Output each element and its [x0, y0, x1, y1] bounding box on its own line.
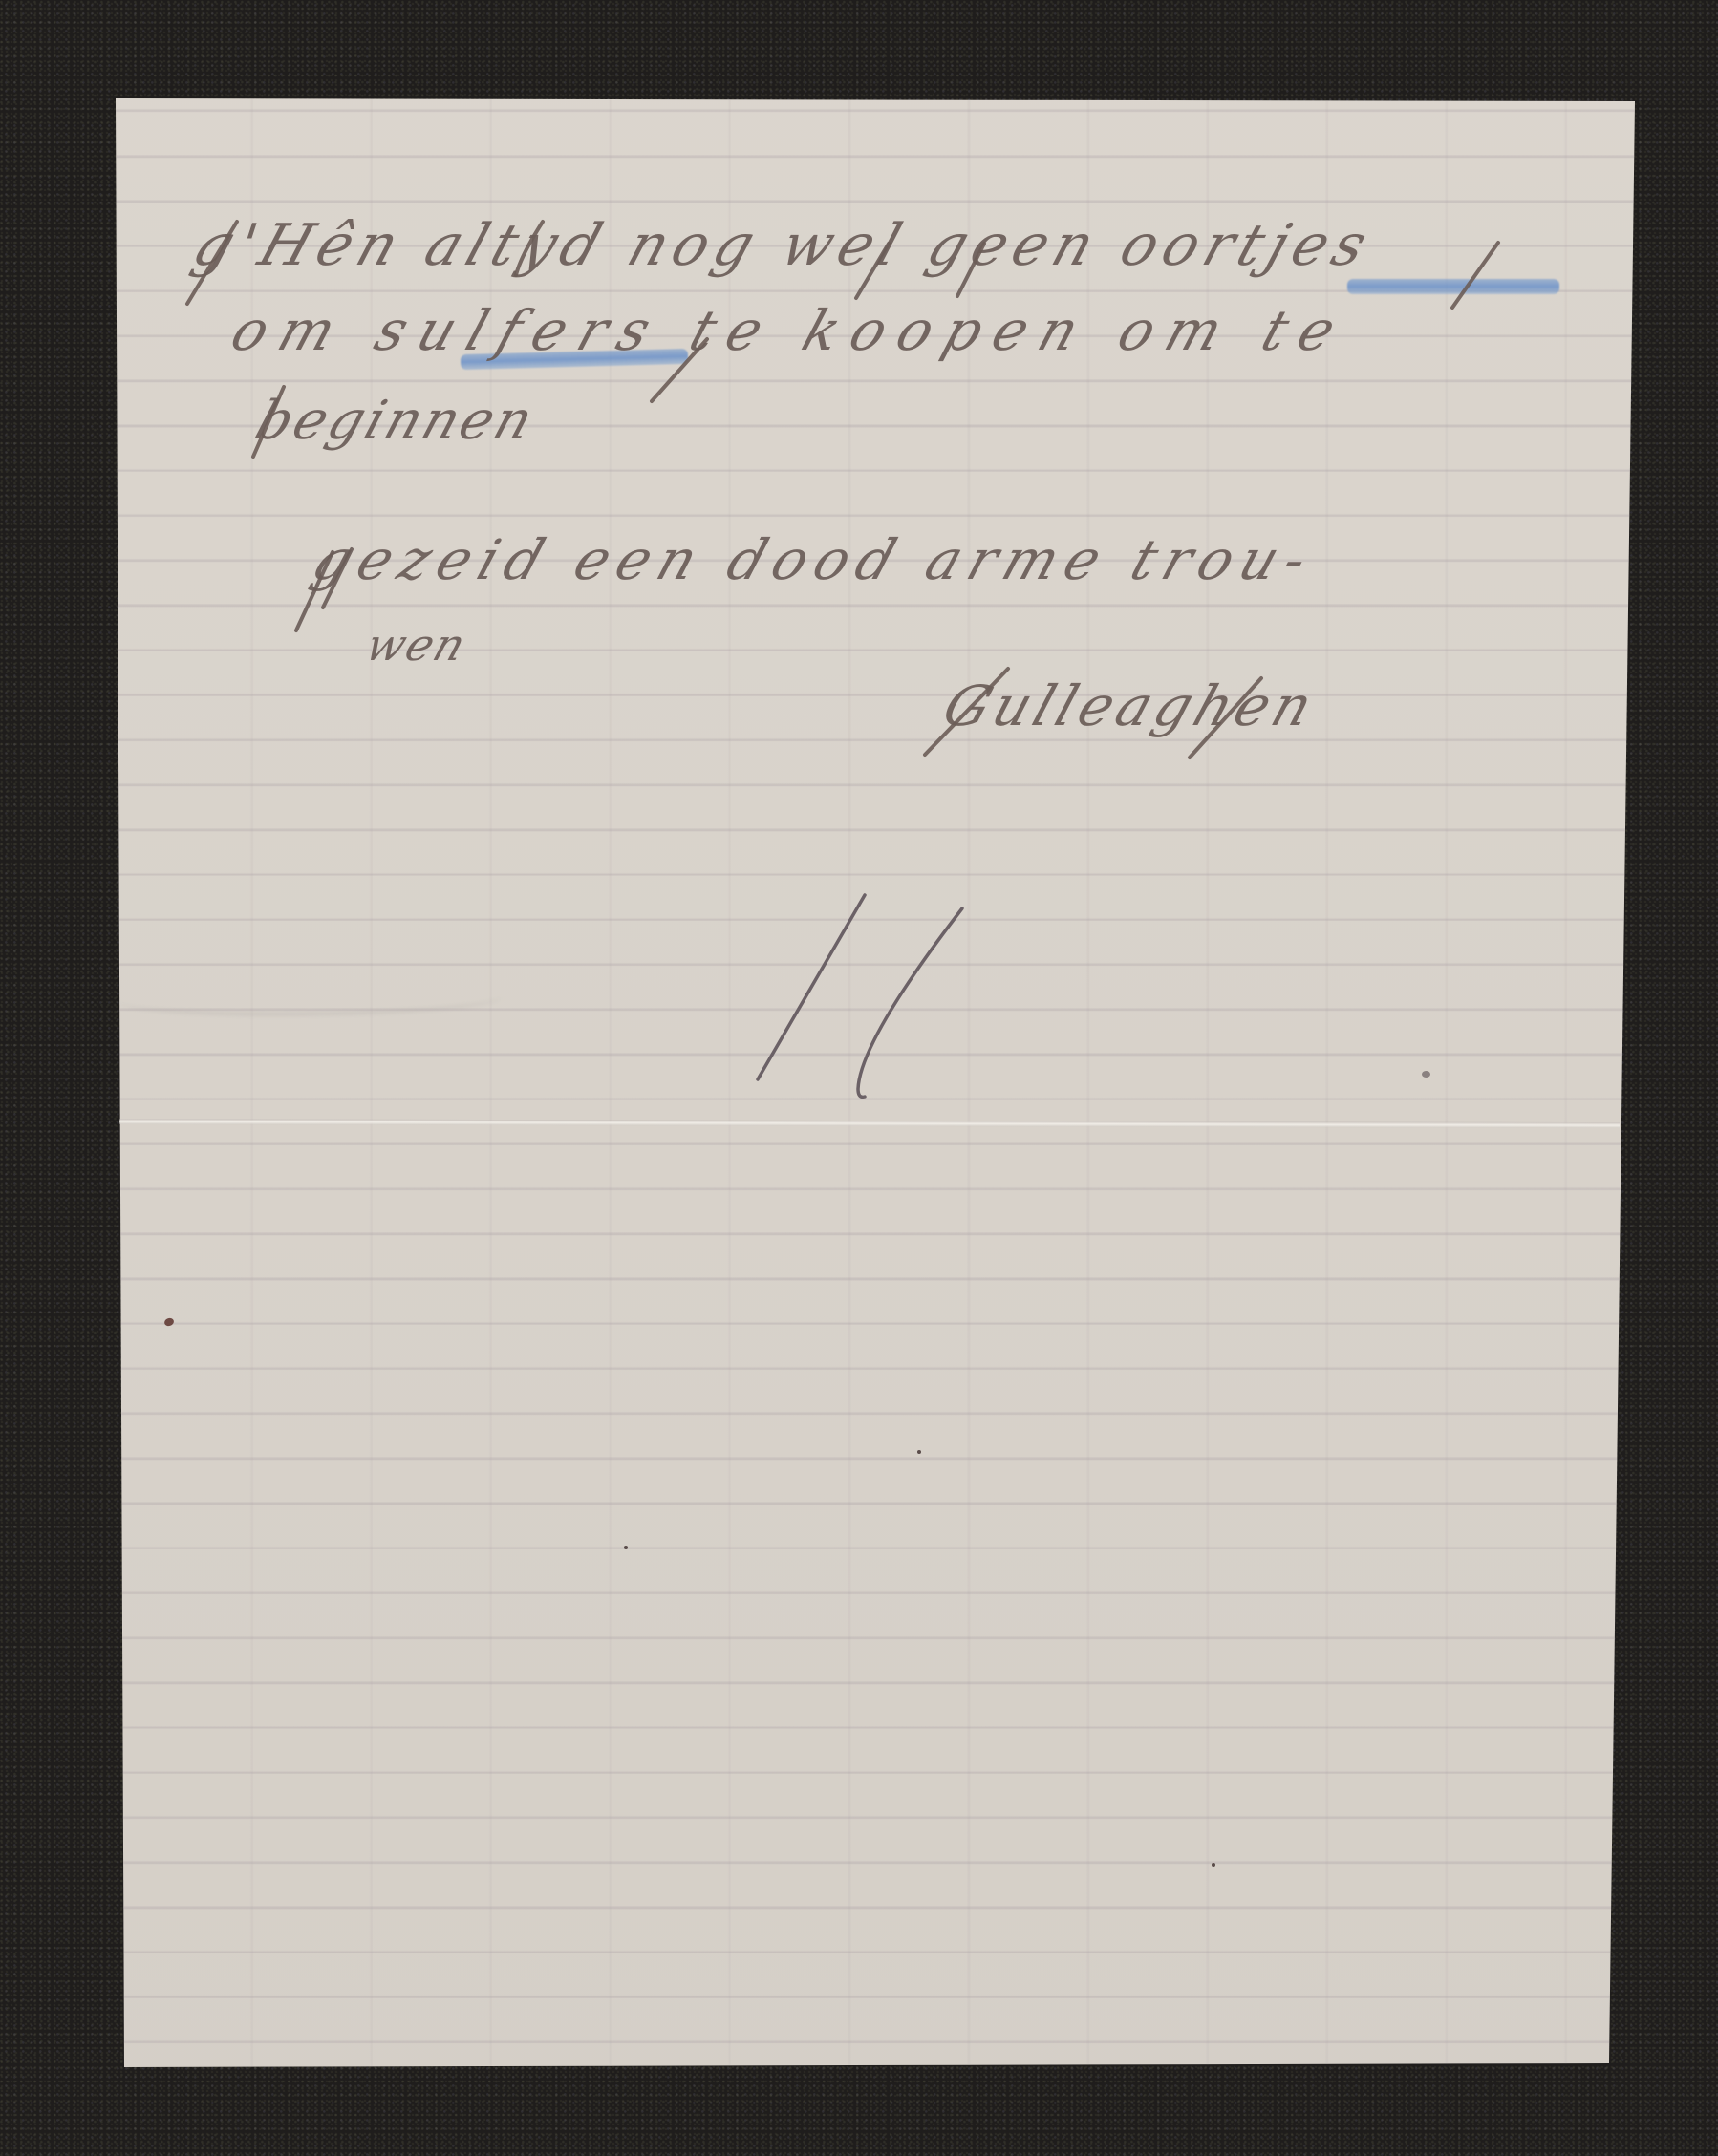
closing-double-slash-mark: [758, 895, 962, 1097]
ink-speck: [1422, 1071, 1430, 1078]
ink-speck: [917, 1450, 921, 1454]
ink-speck: [624, 1546, 628, 1549]
ink-speck: [1212, 1863, 1215, 1867]
pen-strokes: [0, 0, 1718, 2156]
